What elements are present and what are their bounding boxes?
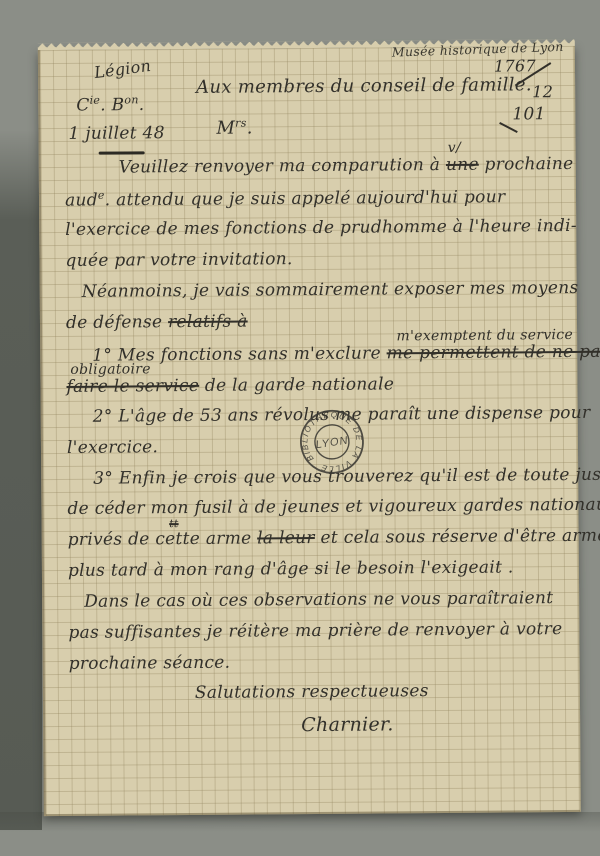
header-unit: Cie. Bon. xyxy=(76,93,144,115)
strikethrough-text: la leur xyxy=(257,528,315,548)
letter-page: Musée historique de Lyon 1767 12 101 Lég… xyxy=(38,46,581,816)
letter-title: Aux membres du conseil de famille. xyxy=(196,74,532,98)
header-unit-bon-sup: on xyxy=(124,93,138,106)
letter-line-1: Veuillez renvoyer ma comparution à unev/… xyxy=(119,154,574,178)
letter-line-14: plus tard à mon rang d'âge si le besoin … xyxy=(68,557,514,580)
header-unit-dot: . xyxy=(139,95,145,115)
letter-line-8: faire le serviceobligatoire de la garde … xyxy=(66,374,394,397)
salutation-m: M xyxy=(216,118,235,139)
closing-formula: Salutations respectueuses xyxy=(195,681,429,703)
header-date: 1 juillet 48 xyxy=(68,123,164,144)
line6-text: de défense xyxy=(66,312,168,333)
salutation-dot: . xyxy=(247,117,253,138)
letter-line-2: aude. attendu que je suis appelé aujourd… xyxy=(65,185,505,210)
mount-shadow-left xyxy=(0,130,42,830)
interline-insertion: tt xyxy=(169,517,179,530)
library-stamp: BIBLIOTHEQUE DE LA VILLE LYON xyxy=(284,394,379,489)
letter-line-15: Dans le cas où ces observations ne vous … xyxy=(84,588,553,612)
interline-insertion: v/ xyxy=(448,140,461,156)
line13-text-c: et cela sous réserve d'être armé xyxy=(315,526,600,548)
letter-line-7: 1° Mes fonctions sans m'exclure me perme… xyxy=(92,342,600,366)
header-unit-cie-sup: ie xyxy=(90,94,101,107)
strikethrough-text: faire le service xyxy=(66,376,199,397)
letter-line-3: l'exercice de mes fonctions de prudhomme… xyxy=(65,216,577,240)
archive-folio: 101 xyxy=(512,104,546,124)
letter-line-4: quée par votre invitation. xyxy=(65,249,292,271)
signature: Charnier. xyxy=(301,713,394,736)
letter-line-17: prochaine séance. xyxy=(69,653,231,674)
line8-text: de la garde nationale xyxy=(199,374,394,396)
line1-text: Veuillez renvoyer ma comparution à xyxy=(119,155,446,178)
archive-cote-denominator: 12 xyxy=(532,82,553,101)
line13-correction: cettett xyxy=(155,529,200,549)
date-underline xyxy=(99,151,145,154)
letter-line-16: pas suffisantes je réitère ma prière de … xyxy=(68,619,562,643)
strikethrough-text: me permettent de ne pas xyxy=(387,342,600,364)
line13-word: cette xyxy=(155,529,200,549)
strikethrough-text: une xyxy=(446,155,479,175)
header-unit-sep: . B xyxy=(100,95,124,115)
line13-text-b: arme xyxy=(200,528,257,548)
letter-line-5: Néanmoins, je vais sommairement exposer … xyxy=(82,278,579,302)
scan-background: Musée historique de Lyon 1767 12 101 Lég… xyxy=(0,0,600,856)
letter-line-12: de céder mon fusil à de jeunes et vigour… xyxy=(67,495,600,519)
strikethrough-text: relatifs à xyxy=(168,312,248,333)
salutation: Mrs. xyxy=(216,116,252,138)
header-unit-cie: C xyxy=(76,95,89,115)
line7-correction: me permettent de ne pasm'exemptent du se… xyxy=(387,342,600,364)
line8-correction: faire le serviceobligatoire xyxy=(66,376,199,397)
letter-line-6: de défense relatifs à xyxy=(66,312,248,333)
letter-line-13: privés de cettett arme la leur et cela s… xyxy=(68,526,600,550)
interline-insertion: m'exemptent du service xyxy=(396,327,573,344)
letter-line-10: l'exercice. xyxy=(67,437,158,458)
salutation-sup: rs xyxy=(235,117,247,130)
line2-abbrev: aud xyxy=(65,190,98,210)
stamp-center-text: LYON xyxy=(315,434,349,451)
mount-shadow-bottom xyxy=(0,812,600,856)
line1-text-end: prochaine xyxy=(479,154,574,175)
archive-cote-numerator: 1767 xyxy=(494,56,536,75)
interline-insertion: obligatoire xyxy=(70,361,151,378)
line2-text: . attendu que je suis appelé aujourd'hui… xyxy=(105,187,506,210)
line1-correction: unev/ xyxy=(446,155,479,175)
line13-text: privés de xyxy=(68,529,156,550)
header-legion: Légion xyxy=(93,56,152,82)
